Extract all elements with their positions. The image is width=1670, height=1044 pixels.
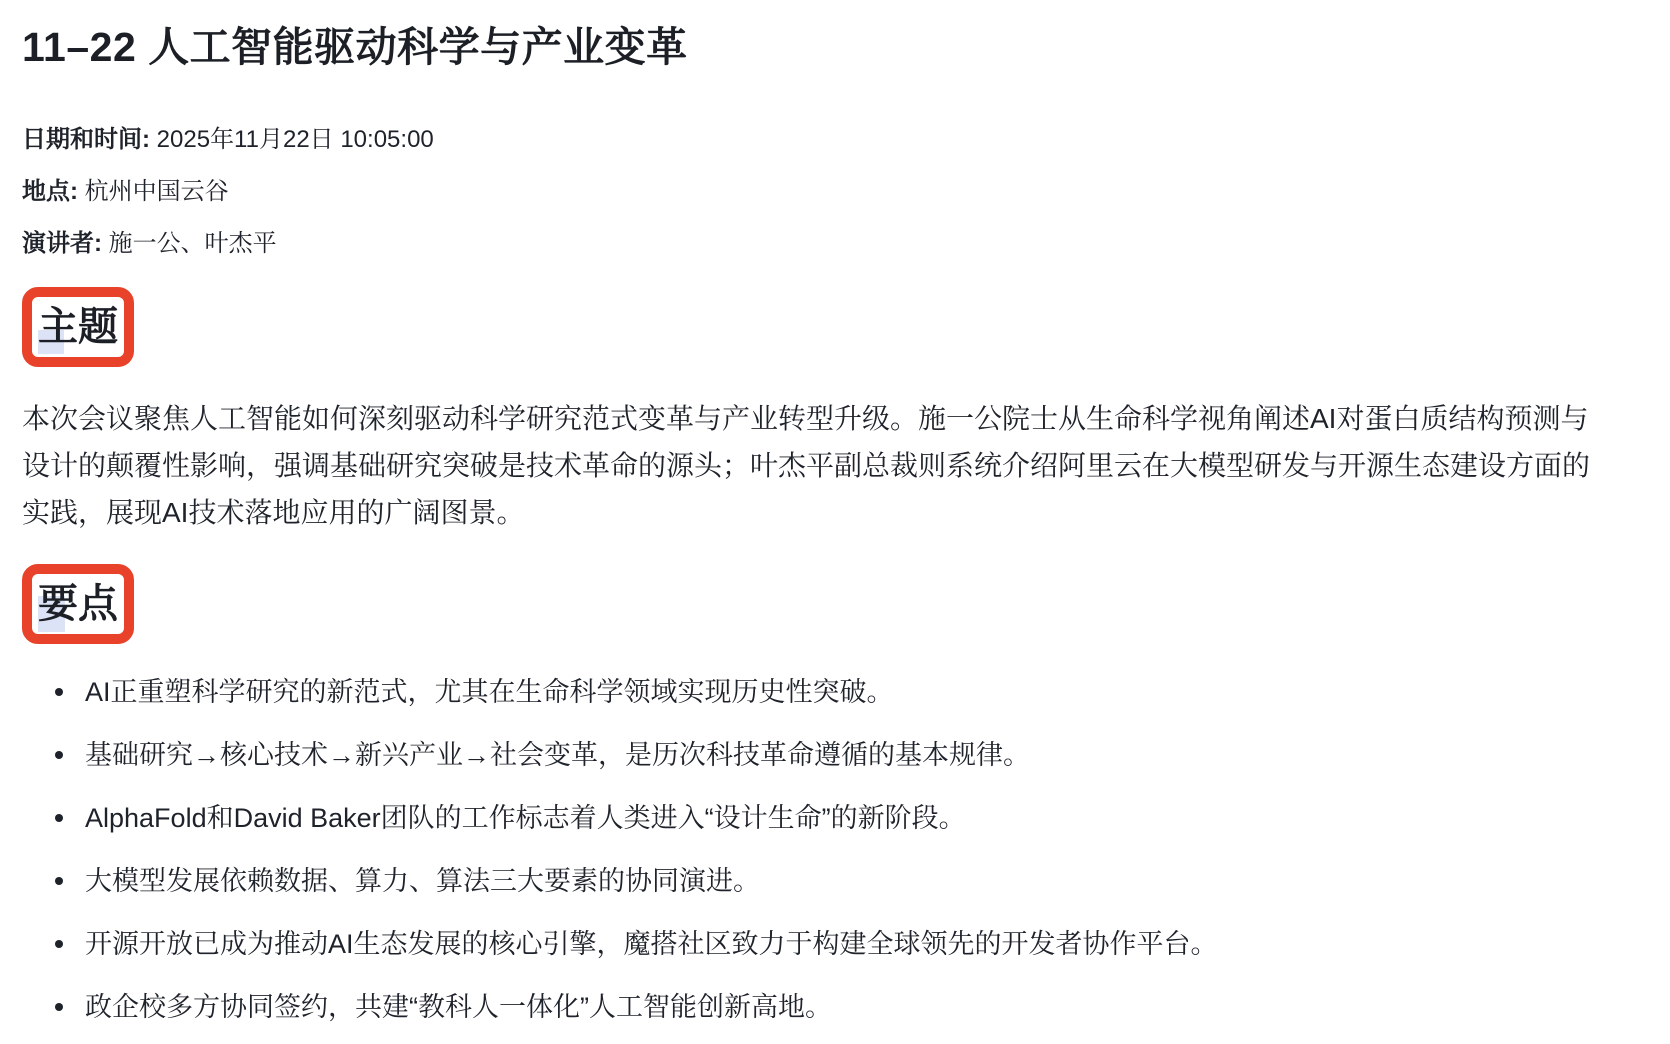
key-points-list: AI正重塑科学研究的新范式，尤其在生命科学领域实现历史性突破。 基础研究→核心技… (22, 675, 1648, 1024)
document-page: 11–22 人工智能驱动科学与产业变革 日期和时间: 2025年11月22日 1… (0, 0, 1670, 1044)
meta-datetime-value: 2025年11月22日 10:05:00 (157, 126, 434, 153)
key-point-item: AI正重塑科学研究的新范式，尤其在生命科学领域实现历史性突破。 (22, 675, 1648, 709)
meta-location-label: 地点: (22, 178, 78, 205)
section-heading-keypoints: 要点 (38, 576, 118, 632)
topic-heading-annotation-box: 主题 (22, 287, 134, 367)
key-point-item: 基础研究→核心技术→新兴产业→社会变革，是历次科技革命遵循的基本规律。 (22, 738, 1648, 772)
keypoints-heading-annotation-box: 要点 (22, 564, 134, 644)
meta-speakers-value: 施一公、叶杰平 (109, 230, 277, 257)
meta-location: 地点: 杭州中国云谷 (22, 166, 1648, 218)
topic-paragraph: 本次会议聚焦人工智能如何深刻驱动科学研究范式变革与产业转型升级。施一公院士从生命… (22, 395, 1597, 536)
meta-datetime: 日期和时间: 2025年11月22日 10:05:00 (22, 114, 1648, 166)
page-title: 11–22 人工智能驱动科学与产业变革 (22, 0, 1648, 72)
key-point-item: 政企校多方协同签约，共建“教科人一体化”人工智能创新高地。 (22, 990, 1648, 1024)
meta-speakers: 演讲者: 施一公、叶杰平 (22, 218, 1648, 270)
meta-speakers-label: 演讲者: (22, 230, 102, 257)
section-heading-topic: 主题 (38, 299, 118, 355)
meta-block: 日期和时间: 2025年11月22日 10:05:00 地点: 杭州中国云谷 演… (22, 114, 1648, 270)
meta-location-value: 杭州中国云谷 (85, 178, 229, 205)
key-point-item: 开源开放已成为推动AI生态发展的核心引擎，魔搭社区致力于构建全球领先的开发者协作… (22, 927, 1648, 961)
key-point-item: AlphaFold和David Baker团队的工作标志着人类进入“设计生命”的… (22, 801, 1648, 835)
meta-datetime-label: 日期和时间: (22, 126, 150, 153)
key-point-item: 大模型发展依赖数据、算力、算法三大要素的协同演进。 (22, 864, 1648, 898)
